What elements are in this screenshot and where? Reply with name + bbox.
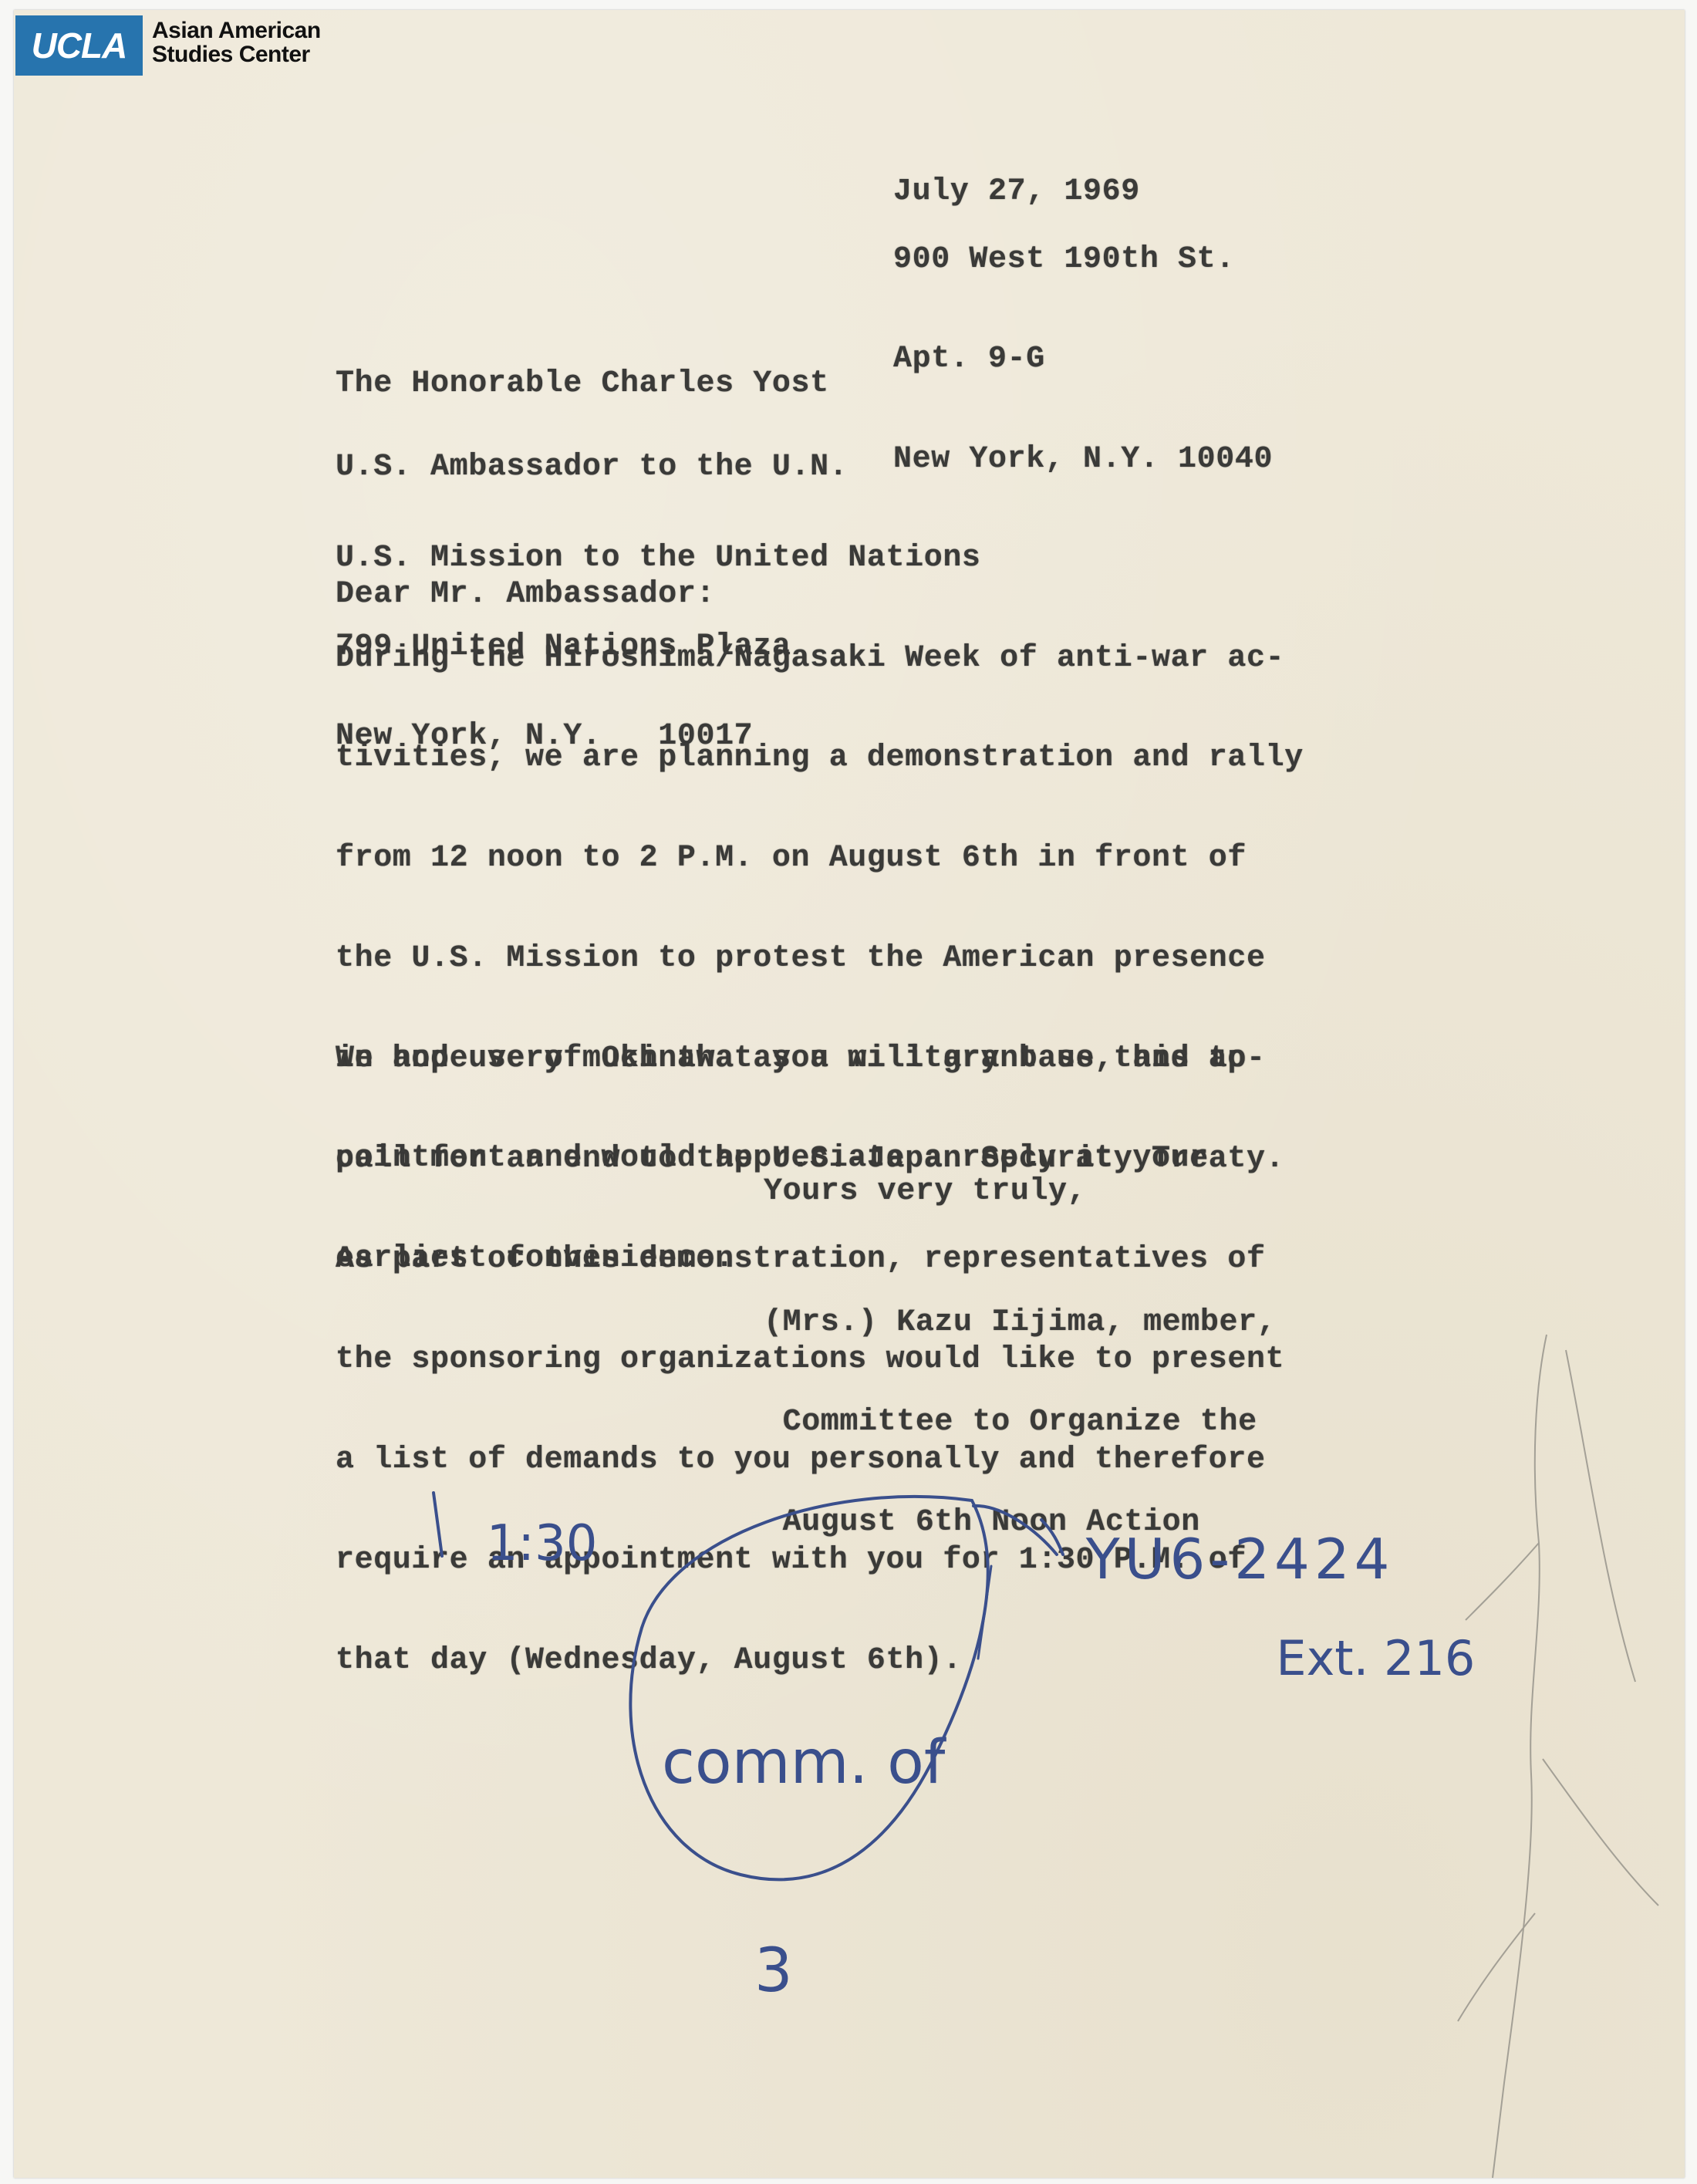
handwritten-extension: Ext. 216 xyxy=(1246,1574,1475,1686)
handwritten-time: 1:30 xyxy=(455,1458,597,1572)
handwritten-phone: YU6-2424 xyxy=(1041,1462,1394,1592)
handwritten-circled-note: comm. of 3 xyxy=(662,1589,945,2075)
